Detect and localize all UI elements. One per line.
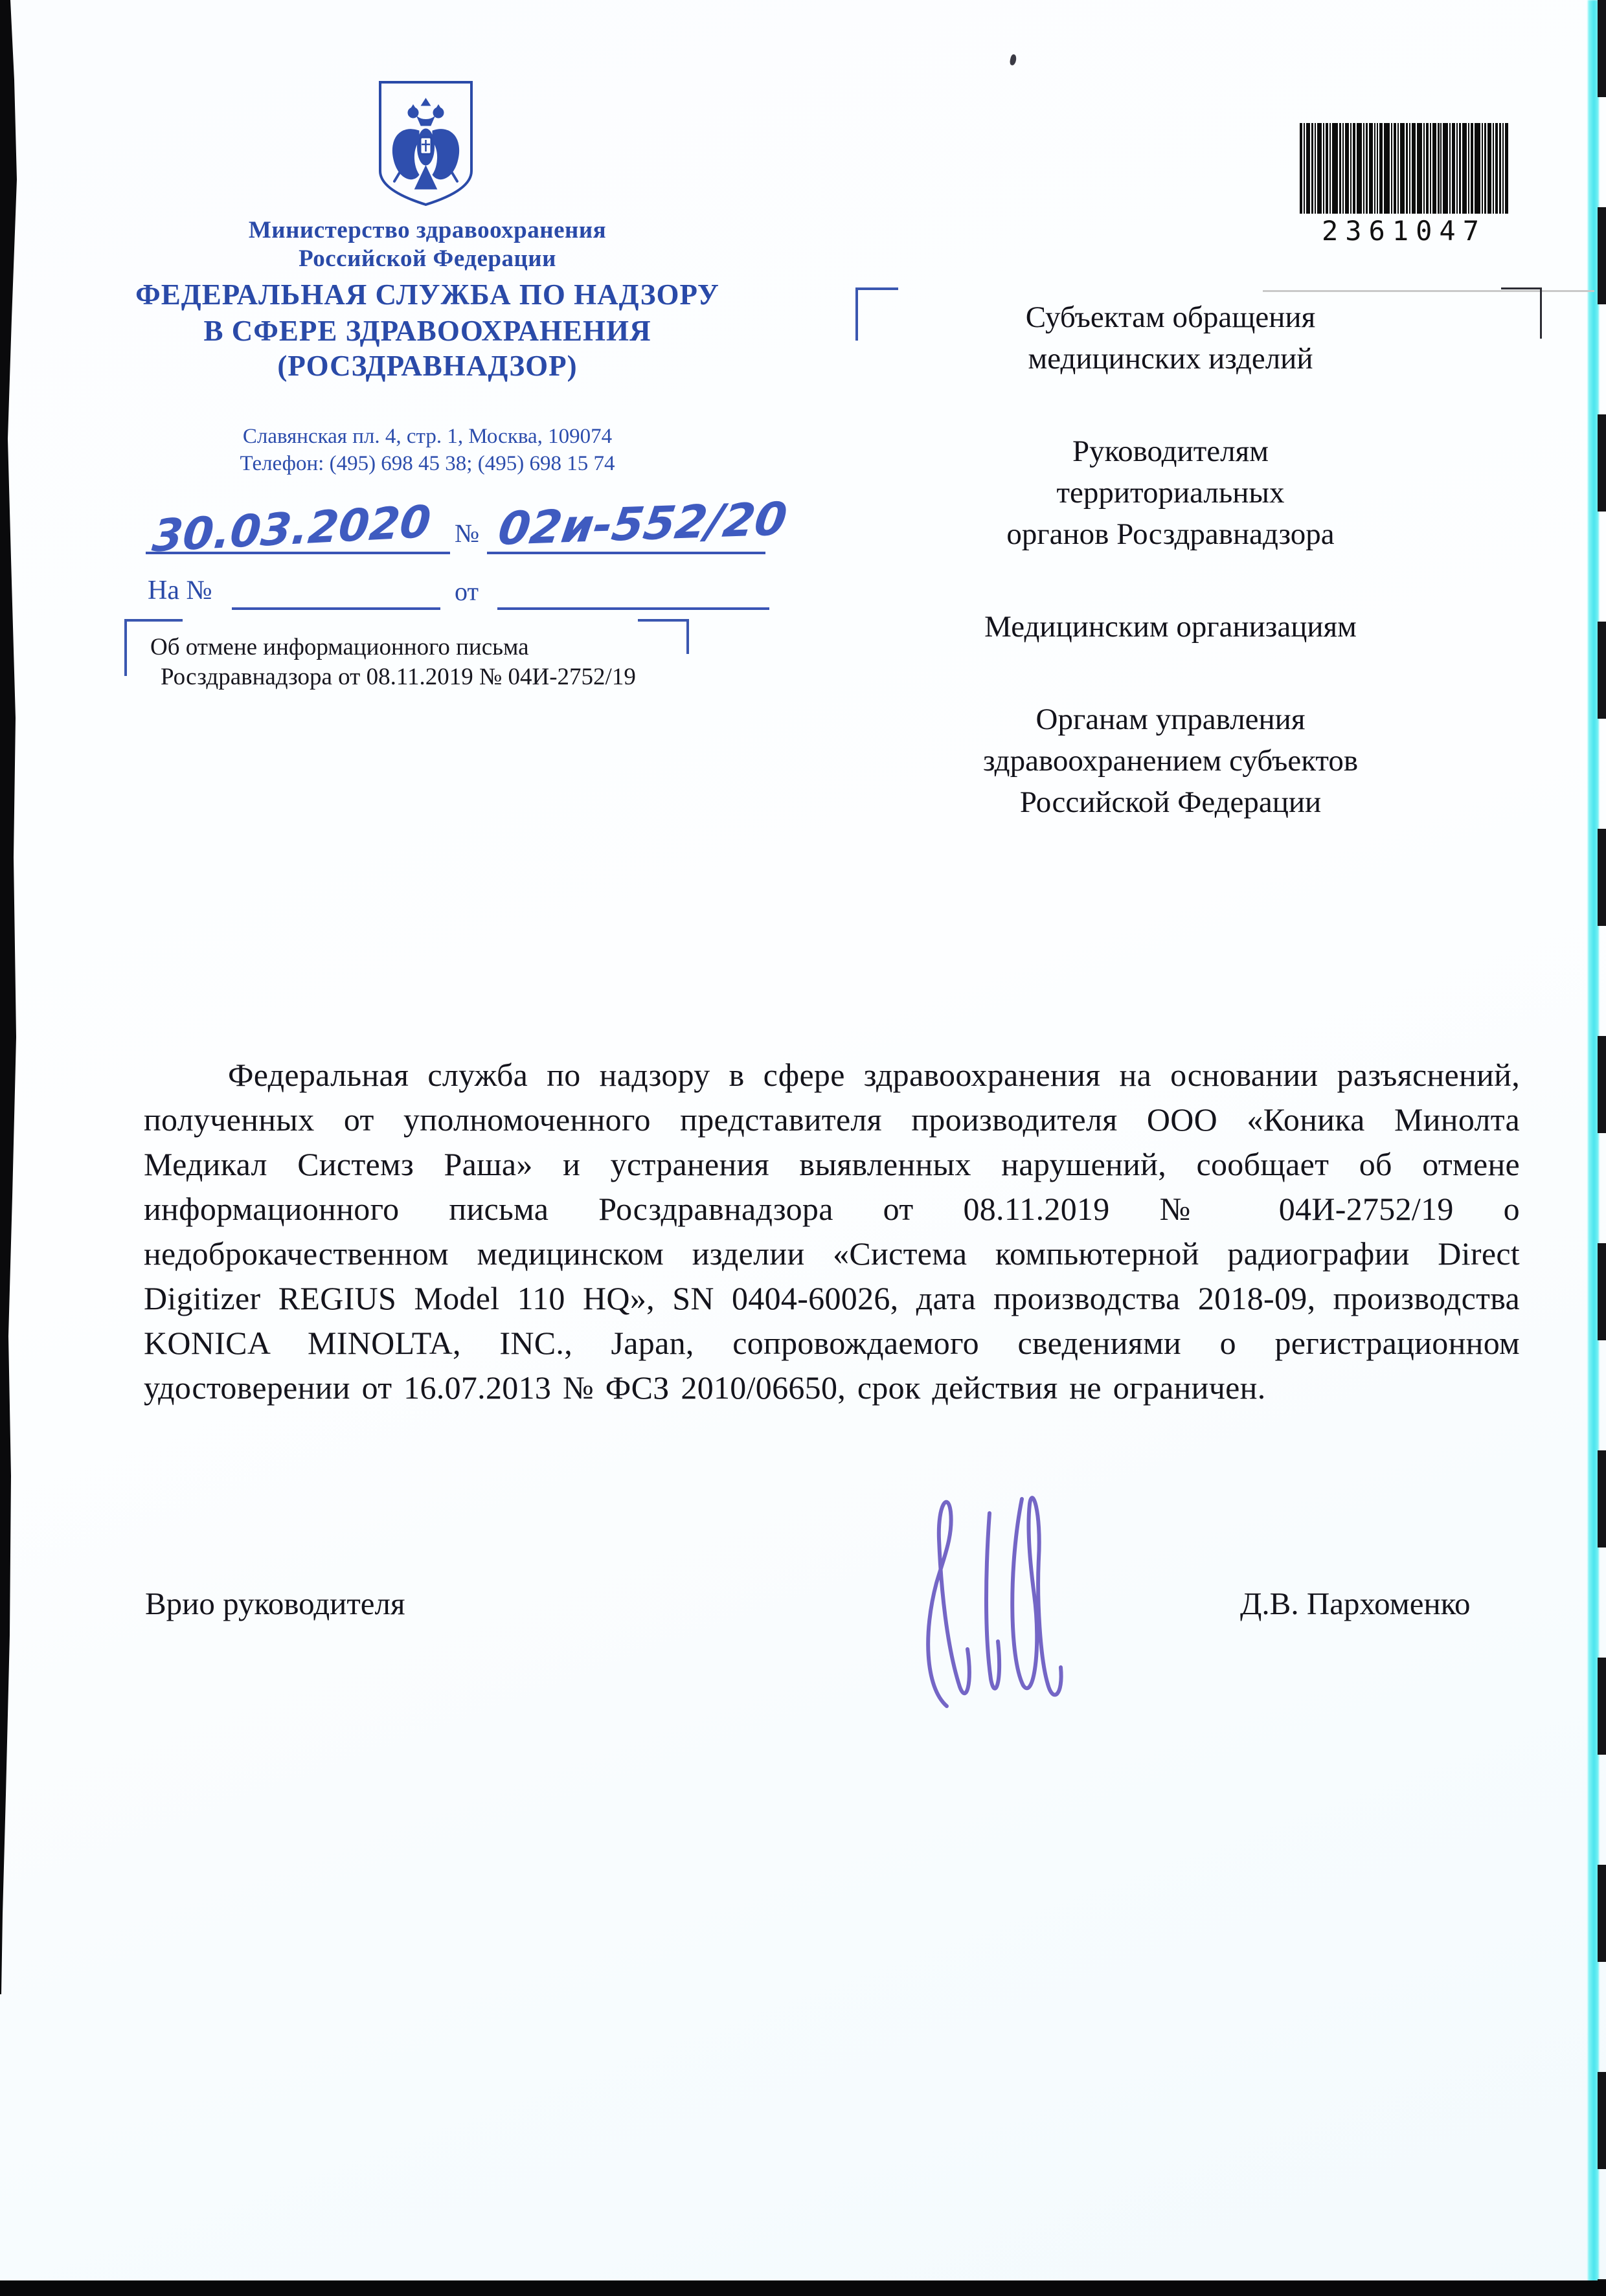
reply-number-underline [232, 607, 440, 610]
signer-name: Д.В. Пархоменко [1240, 1585, 1471, 1622]
recipients-block: Субъектам обращения медицинских изделий … [822, 297, 1519, 874]
scan-fold-line [1263, 290, 1594, 292]
letterhead-phone: Телефон: (495) 698 45 38; (495) 698 15 7… [104, 451, 751, 477]
date-underline [146, 552, 450, 554]
handwritten-number: 02и-552/20 [495, 492, 790, 556]
subject-line2: Росздравнадзора от 08.11.2019 № 04И-2752… [161, 662, 698, 692]
coat-of-arms-icon [376, 79, 475, 208]
subject-line1: Об отмене информационного письма [150, 632, 688, 662]
letter-body-paragraph: Федеральная служба по надзору в сфере зд… [144, 1053, 1520, 1410]
recipient-item: Руководителям территориальных органов Ро… [822, 431, 1519, 555]
service-name-line3: (РОСЗДРАВНАДЗОР) [84, 348, 771, 384]
scan-edge-right-dark [1598, 0, 1606, 2296]
signer-position-title: Врио руководителя [145, 1585, 405, 1622]
ministry-name-line1: Министерство здравоохранения [104, 216, 751, 244]
service-name-line2: В СФЕРЕ ЗДРАВООХРАНЕНИЯ [84, 313, 771, 349]
barcode [1300, 123, 1508, 214]
scan-edge-bottom-bar [0, 2280, 1606, 2296]
recipient-item: Медицинским организациям [822, 606, 1519, 647]
service-name-line1: ФЕДЕРАЛЬНАЯ СЛУЖБА ПО НАДЗОРУ [84, 277, 771, 313]
recipient-item: Субъектам обращения медицинских изделий [822, 297, 1519, 379]
letterhead-address: Славянская пл. 4, стр. 1, Москва, 109074 [104, 423, 751, 449]
number-underline [487, 552, 765, 554]
handwritten-signature [907, 1486, 1094, 1729]
number-sign-label: № [455, 518, 479, 548]
recipient-item: Органам управления здравоохранением субъ… [822, 699, 1519, 823]
scanned-letter-page: Министерство здравоохранения Российской … [0, 0, 1606, 2296]
reply-to-label: На № [148, 575, 212, 606]
reply-date-underline [497, 607, 769, 610]
barcode-number: 2361047 [1300, 215, 1508, 247]
scan-speck [1009, 54, 1017, 66]
scan-edge-left-artifact [0, 0, 19, 1994]
ministry-name-line2: Российской Федерации [104, 245, 751, 273]
reply-from-label: от [455, 576, 479, 607]
